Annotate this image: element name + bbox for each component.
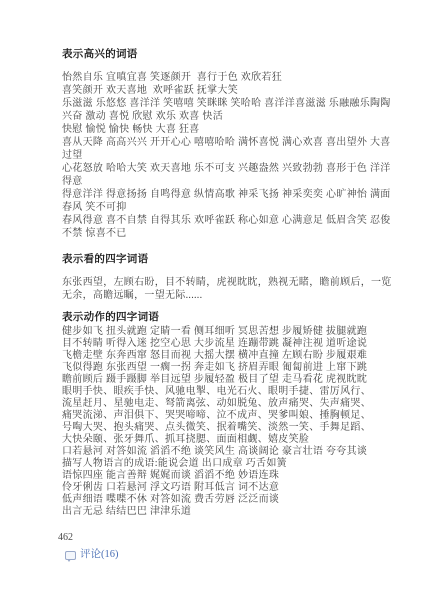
comment-bubble-icon — [65, 551, 76, 560]
comment-label: 评论(16) — [80, 548, 119, 562]
text-line: 兴奋 激动 喜悦 欣慰 欢乐 欢喜 快活 — [62, 110, 398, 123]
text-line: 得意洋洋 得意扬扬 自鸣得意 纵情高歌 神采飞扬 神采奕奕 心旷神怡 满面春风 … — [62, 188, 398, 214]
text-line: 出言无忌 结结巴巴 津津乐道 — [62, 506, 398, 518]
document-body: 表示高兴的词语怡然自乐 宜嗔宜喜 笑逐颜开 喜行于色 欢欣若狂喜笑颜开 欢天喜地… — [62, 48, 398, 518]
text-line: 流星赶月、星驰电走、弩箭离弦、动如脱兔、放声痛哭、失声痛哭、 — [62, 398, 398, 410]
section-heading: 表示高兴的词语 — [62, 48, 398, 61]
text-line: 快慰 愉悦 愉快 畅快 大喜 狂喜 — [62, 123, 398, 136]
text-line: 乐滋滋 乐悠悠 喜洋洋 笑嘻嘻 笑眯眯 笑哈哈 喜洋洋喜滋滋 乐融融乐陶陶 — [62, 97, 398, 110]
section: 表示看的四字词语东张西望，左顾右盼，目不转睛，虎视眈眈，熟视无睹，瞻前顾后，一览… — [62, 253, 398, 302]
text-line: 低声细语 喋喋不休 对答如流 费舌劳唇 泛泛而谈 — [62, 494, 398, 506]
text-line: 东张西望，左顾右盼，目不转睛，虎视眈眈，熟视无睹，瞻前顾后，一览无余，高瞻远瞩，… — [62, 276, 398, 302]
text-line: 健步如飞 扭头就跑 定睛一看 侧耳细听 冥思苦想 步履矫健 拔腿就跑 — [62, 326, 398, 338]
text-line: 瞻前顾后 蹑手蹑脚 举目远望 步履轻盈 极目了望 走马看花 虎视眈眈 — [62, 374, 398, 386]
document-page: 表示高兴的词语怡然自乐 宜嗔宜喜 笑逐颜开 喜行于色 欢欣若狂喜笑颜开 欢天喜地… — [0, 0, 423, 600]
view-count: 462 — [58, 531, 398, 544]
text-line: 痛哭流涕、声泪俱下、哭哭啼啼、泣不成声、哭爹叫娘、捶胸顿足、 — [62, 410, 398, 422]
section-heading: 表示看的四字词语 — [62, 253, 398, 266]
text-line: 喜从天降 高高兴兴 开开心心 嘻嘻哈哈 满怀喜悦 满心欢喜 喜出望外 大喜过望 — [62, 136, 398, 162]
section-heading: 表示动作的四字词语 — [62, 311, 398, 324]
text-line: 心花怒放 哈哈大笑 欢天喜地 乐不可支 兴趣盎然 兴致勃勃 喜形于色 洋洋得意 — [62, 162, 398, 188]
text-line: 喜笑颜开 欢天喜地 欢呼雀跃 抚掌大笑 — [62, 84, 398, 97]
text-line: 语惊四座 能言善辩 娓娓而谈 滔滔不绝 妙语连珠 — [62, 470, 398, 482]
comment-link[interactable]: 评论(16) — [65, 548, 398, 562]
text-line: 春风得意 喜不自禁 自得其乐 欢呼雀跃 称心如意 心满意足 低眉含笑 忍俊不禁 … — [62, 214, 398, 240]
text-line: 描写人物语言的成语:能说会道 出口成章 巧舌如簧 — [62, 458, 398, 470]
text-line: 大快朵颐、张牙舞爪、抓耳挠腮、面面相觑、嬉皮笑脸 — [62, 434, 398, 446]
text-line: 伶牙俐齿 口若悬河 浮文巧语 附耳低言 词不达意 — [62, 482, 398, 494]
text-line: 怡然自乐 宜嗔宜喜 笑逐颜开 喜行于色 欢欣若狂 — [62, 71, 398, 84]
section: 表示动作的四字词语健步如飞 扭头就跑 定睛一看 侧耳细听 冥思苦想 步履矫健 拔… — [62, 311, 398, 518]
section: 表示高兴的词语怡然自乐 宜嗔宜喜 笑逐颜开 喜行于色 欢欣若狂喜笑颜开 欢天喜地… — [62, 48, 398, 240]
text-line: 眼明手快、眼疾手快、风驰电掣、电光石火、眼明手捷、雷厉风行、 — [62, 386, 398, 398]
text-line: 号啕大哭、抱头痛哭、点头微笑、抿着嘴笑、淡然一笑、手舞足蹈、 — [62, 422, 398, 434]
text-line: 飞似得跑 东张西望 一瘸一拐 奔走如飞 挤眉弄眼 匍匐前进 上窜下跳 — [62, 362, 398, 374]
text-line: 口若悬河 对答如流 滔滔不绝 谈笑风生 高谈阔论 豪言壮语 夸夸其谈 — [62, 446, 398, 458]
text-line: 目不转睛 听得入迷 挖空心思 大步流星 连蹦带跳 凝神注视 道听途说 — [62, 338, 398, 350]
text-line: 飞檐走壁 东奔西窜 怒目而视 大摇大摆 横冲直撞 左顾右盼 步履艰难 — [62, 350, 398, 362]
